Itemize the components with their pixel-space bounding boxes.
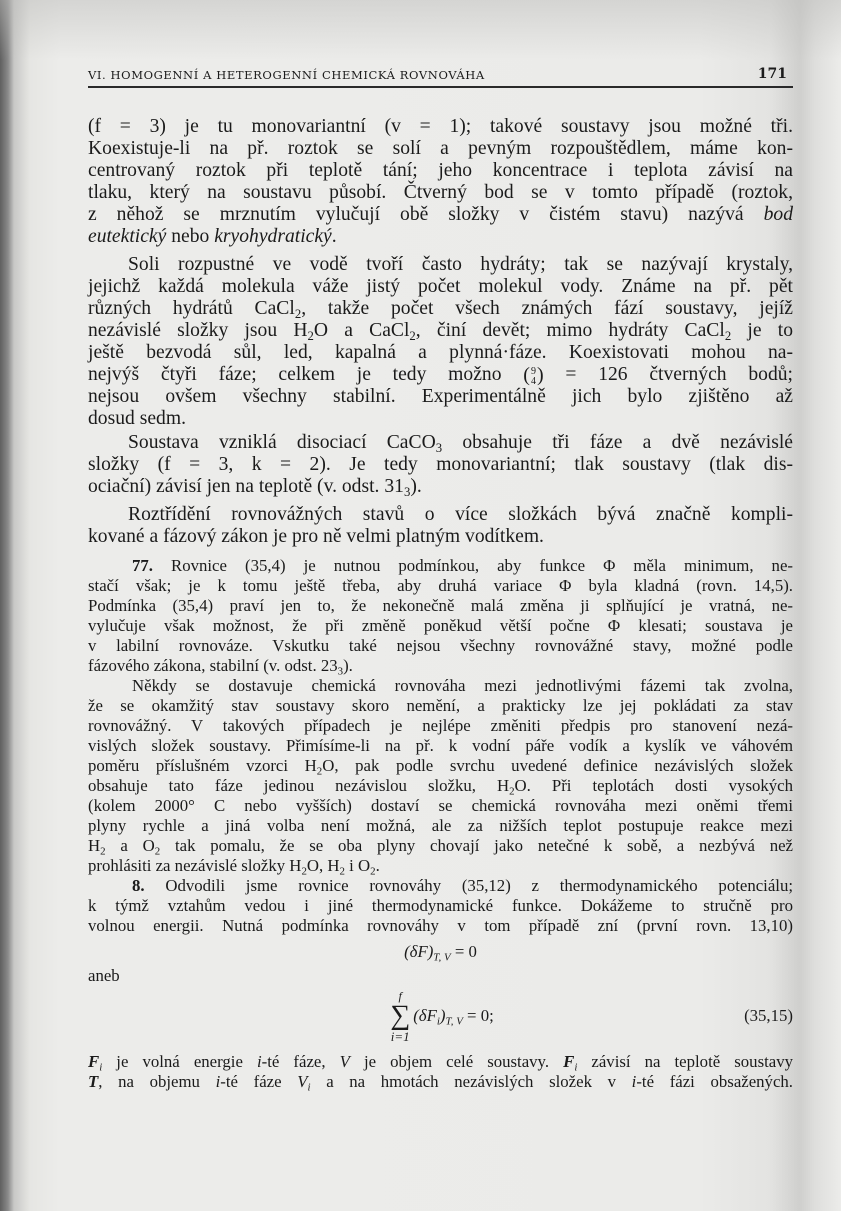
text-line: různých hydrátů CaCl2, takže počet všech… — [88, 298, 793, 320]
text-line: volnou energii. Nutná podmínka rovnováhy… — [88, 916, 793, 936]
text-line: Roztřídění rovnovážných stavů o více slo… — [88, 504, 793, 526]
page-number: 171 — [758, 66, 787, 82]
text-line: 8. Odvodili jsme rovnice rovnováhy (35,1… — [88, 876, 793, 896]
summation-symbol: f∑i=1 — [387, 990, 413, 1044]
text-line: 77. Rovnice (35,4) je nutnou podmínkou, … — [88, 556, 793, 576]
text-line: plyny rychle a jiná volba není možná, al… — [88, 816, 793, 836]
text-line: obsahuje tato fáze jedinou nezávislou sl… — [88, 776, 793, 796]
equation: (δF)T, V = 0 — [88, 942, 793, 962]
text-line: T, na objemu i-té fáze Vi a na hmotách n… — [88, 1072, 793, 1092]
text-line: jejichž každá molekula váže jistý počet … — [88, 276, 793, 298]
text-line: z něhož se mrznutím vylučují obě složky … — [88, 204, 793, 226]
section-number: 8. — [132, 876, 145, 895]
text-line: H2 a O2 tak pomalu, že se oba plyny chov… — [88, 836, 793, 856]
text-line: vislých složek soustavy. Přimísíme-li na… — [88, 736, 793, 756]
equation: f∑i=1(δFi)T, V = 0; (35,15) — [88, 986, 793, 1046]
text-line: dosud sedm. — [88, 408, 793, 430]
text-line: v labilní rovnováze. Vskutku také nejsou… — [88, 636, 793, 656]
text-line: ještě bezvodá sůl, led, kapalná a plynná… — [88, 342, 793, 364]
running-title: VI. HOMOGENNÍ A HETEROGENNÍ CHEMICKÁ ROV… — [88, 68, 485, 82]
text-line: k týmž vztahům vedou i jiné thermodynami… — [88, 896, 793, 916]
text-line: že se okamžitý stav soustavy skoro neměn… — [88, 696, 793, 716]
text-line: (kolem 2000° C nebo vyšších) dostaví se … — [88, 796, 793, 816]
text-line: nejvýš čtyři fáze; celkem je tedy možno … — [88, 364, 793, 387]
text-line: (f = 3) je tu monovariantní (v = 1); tak… — [88, 116, 793, 138]
text-line: složky (f = 3, k = 2). Je tedy monovaria… — [88, 454, 793, 476]
text-line: centrovaný roztok při teplotě tání; jeho… — [88, 160, 793, 182]
text-line: rovnovážný. V takových případech je nejl… — [88, 716, 793, 736]
text-line: fázového zákona, stabilní (v. odst. 233)… — [88, 656, 793, 676]
section-number: 77. — [132, 556, 153, 575]
text-line: vylučuje však možnost, že při změně poně… — [88, 616, 793, 636]
text-line: tlaku, který na soustavu působí. Čtverný… — [88, 182, 793, 204]
text-line: nezávislé složky jsou H2O a CaCl2, činí … — [88, 320, 793, 342]
equation-number: (35,15) — [744, 986, 793, 1046]
binomial-coefficient: (94) — [523, 364, 543, 386]
text-line: ociační) závisí jen na teplotě (v. odst.… — [88, 476, 793, 498]
page-shadow — [0, 0, 841, 60]
text-line: Koexistuje-li na př. roztok se solí a pe… — [88, 138, 793, 160]
text-line: stačí však; je k tomu ještě třeba, aby d… — [88, 576, 793, 596]
text-line: Podmínka (35,4) praví jen to, že nekoneč… — [88, 596, 793, 616]
text-line: poměru příslušném vzorci H2O, pak podle … — [88, 756, 793, 776]
running-header: VI. HOMOGENNÍ A HETEROGENNÍ CHEMICKÁ ROV… — [88, 66, 793, 88]
text-line: Někdy se dostavuje chemická rovnováha me… — [88, 676, 793, 696]
text-line: kované a fázový zákon je pro ně velmi pl… — [88, 526, 793, 548]
text-line: Fi je volná energie i-té fáze, V je obje… — [88, 1052, 793, 1072]
text-line: prohlásiti za nezávislé složky H2O, H2 i… — [88, 856, 793, 876]
text-line: eutektický nebo kryohydratický. — [88, 226, 793, 248]
equation-connector: aneb — [88, 966, 793, 986]
text-line: Soustava vzniklá disociací CaCO3 obsahuj… — [88, 432, 793, 454]
text-line: nejsou ovšem všechny stabilní. Experimen… — [88, 386, 793, 408]
scanned-book-page: VI. HOMOGENNÍ A HETEROGENNÍ CHEMICKÁ ROV… — [0, 0, 841, 1211]
text-line: Soli rozpustné ve vodě tvoří často hydrá… — [88, 254, 793, 276]
